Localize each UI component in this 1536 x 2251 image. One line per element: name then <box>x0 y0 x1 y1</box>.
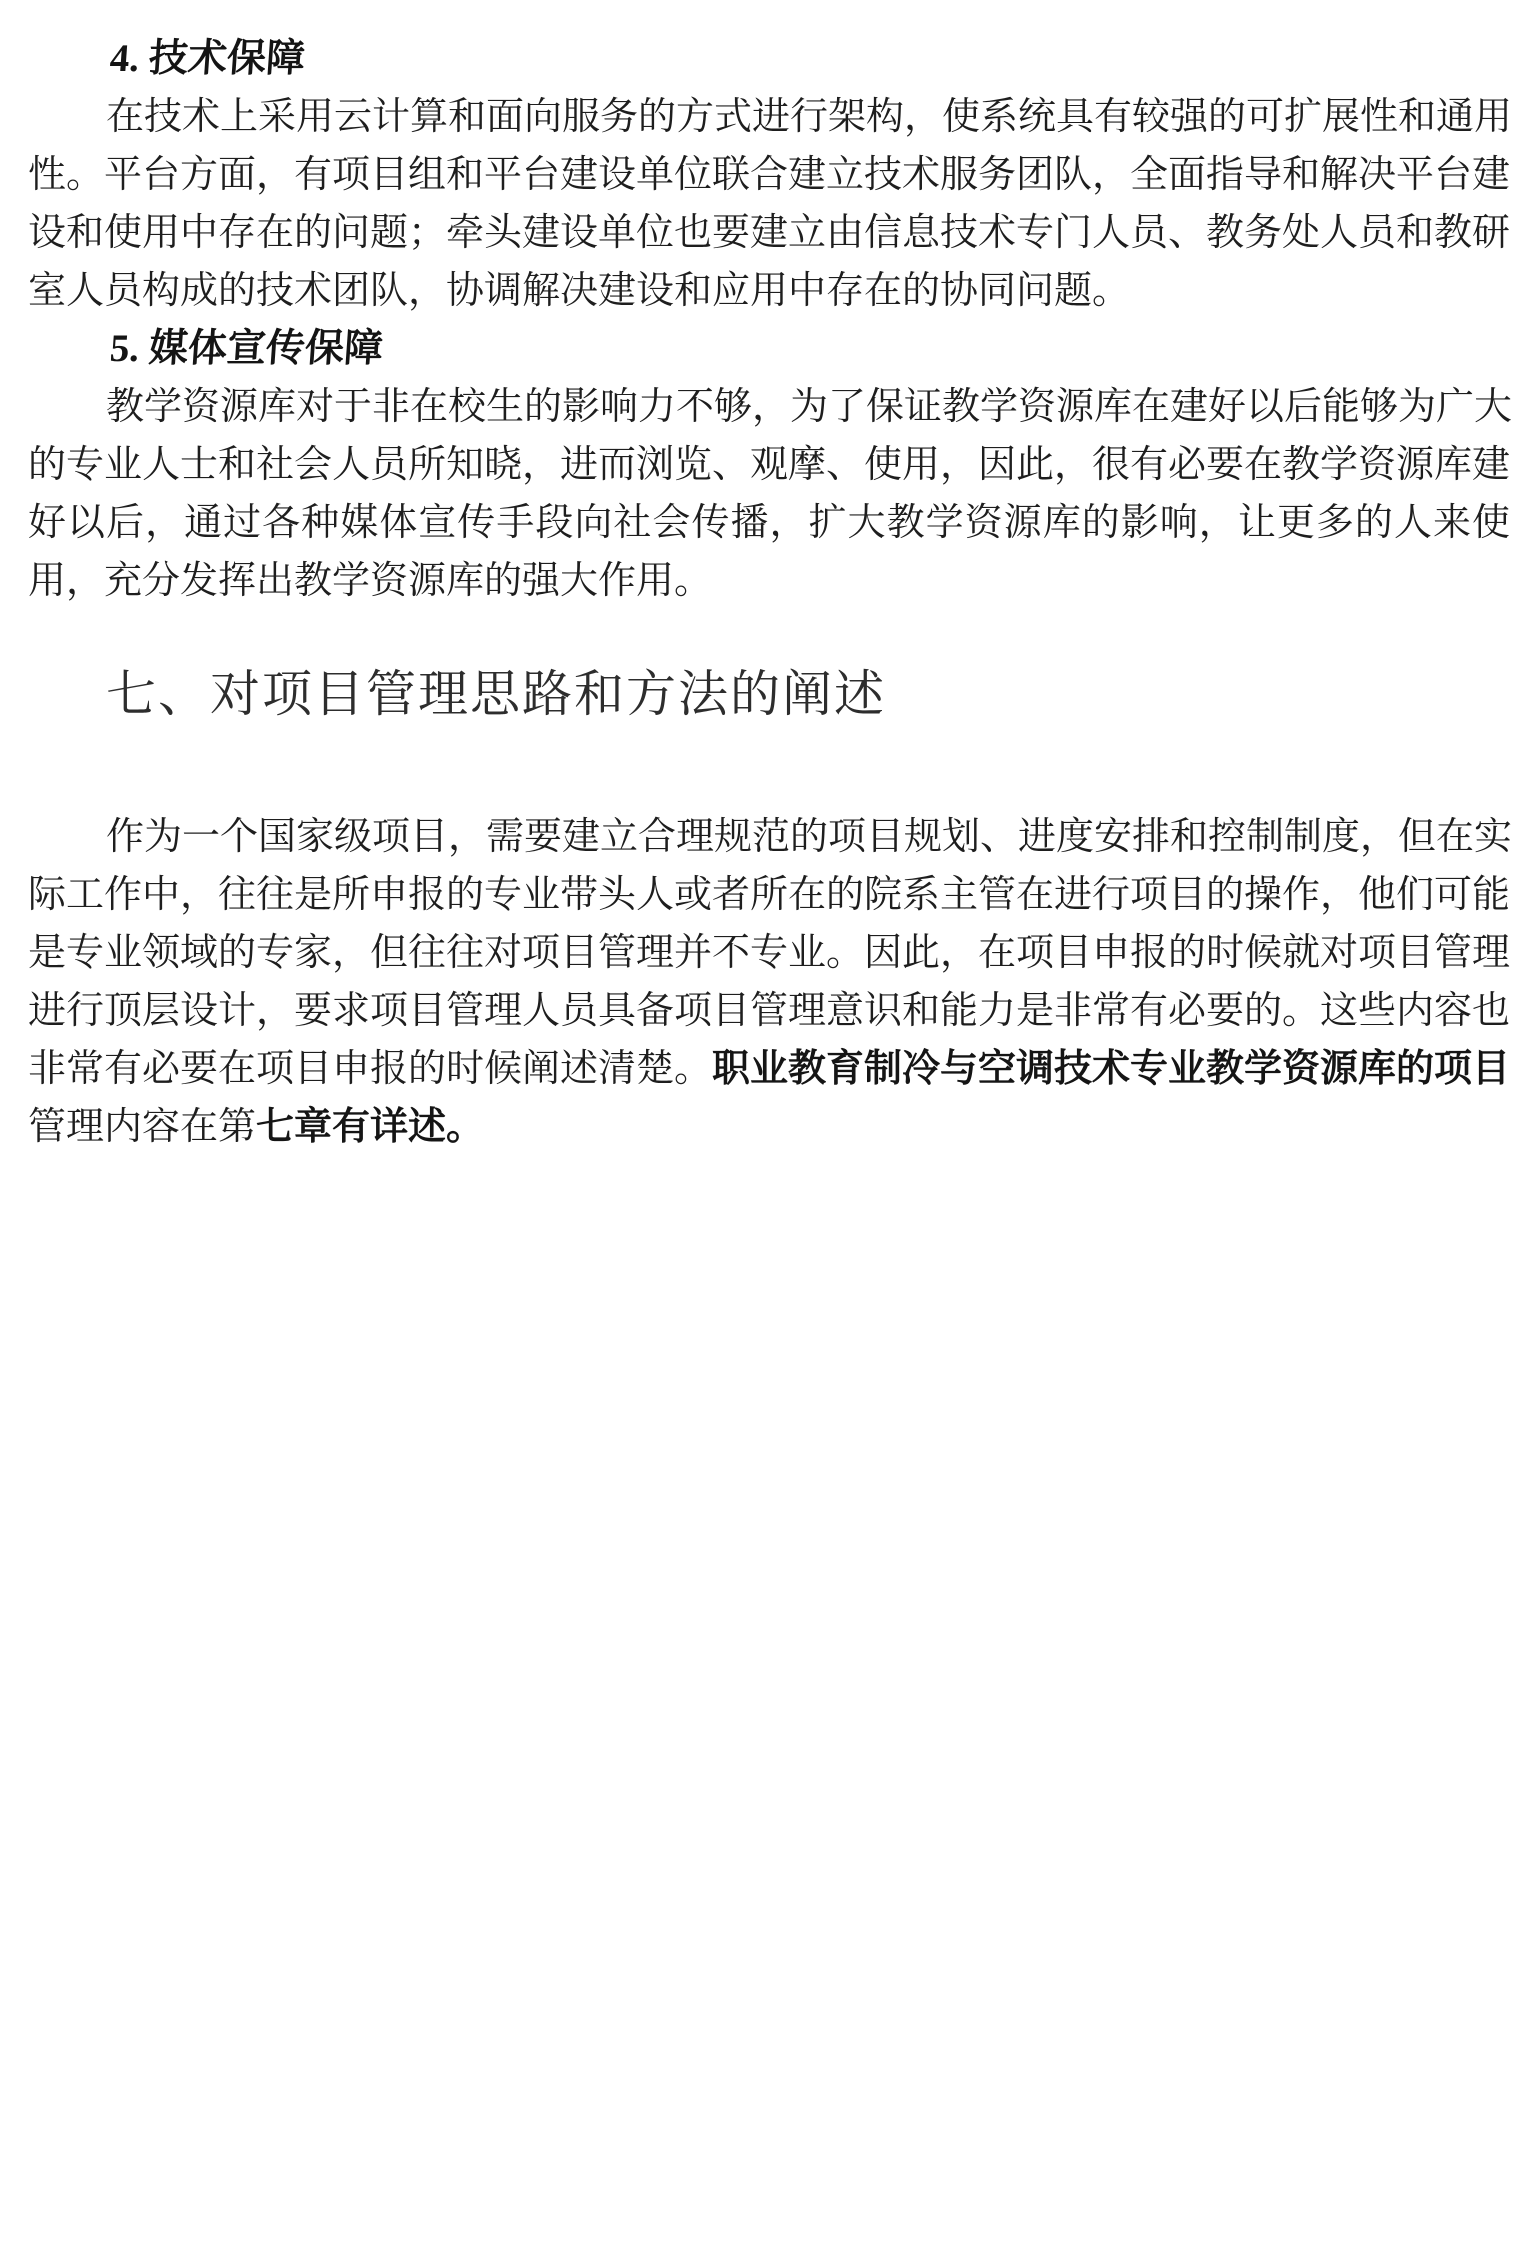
subheading-4-tech-guarantee: 4. 技术保障 <box>28 30 1510 88</box>
text-line: 设和使用中存在的问题；牵头建设单位也要建立由信息技术专门人员、教务处人员和教研 <box>28 204 1510 262</box>
section-heading-7-project-management: 七、对项目管理思路和方法的阐述 <box>28 658 1510 730</box>
text-line: 的专业人士和社会人员所知晓，进而浏览、观摩、使用，因此，很有必要在教学资源库建 <box>28 436 1510 494</box>
text-line: 际工作中，往往是所申报的专业带头人或者所在的院系主管在进行项目的操作，他们可能 <box>28 866 1510 924</box>
subheading-4-label: 4. 技术保障 <box>108 30 307 88</box>
text-line: 教学资源库对于非在校生的影响力不够，为了保证教学资源库在建好以后能够为广大 <box>28 378 1510 436</box>
document-page: 4. 技术保障 在技术上采用云计算和面向服务的方式进行架构，使系统具有较强的可扩… <box>28 30 1510 1156</box>
text-run: 的专业人士和社会人员所知晓，进而浏览、观摩、使用，因此，很有必要在教学资源库建 <box>28 444 1510 486</box>
text-run: 非常有必要在项目申报的时候阐述清楚。 <box>28 1048 712 1090</box>
text-run: 教学资源库对于非在校生的影响力不够，为了保证教学资源库在建好以后能够为广大 <box>106 386 1512 428</box>
text-run: 作为一个国家级项目，需要建立合理规范的项目规划、进度安排和控制制度，但在实 <box>106 816 1512 858</box>
subheading-5-label: 5. 媒体宣传保障 <box>108 320 385 378</box>
text-line: 非常有必要在项目申报的时候阐述清楚。职业教育制冷与空调技术专业教学资源库的项目 <box>28 1040 1510 1098</box>
text-line: 在技术上采用云计算和面向服务的方式进行架构，使系统具有较强的可扩展性和通用 <box>28 88 1510 146</box>
text-run: 进行顶层设计，要求项目管理人员具备项目管理意识和能力是非常有必要的。这些内容也 <box>28 990 1510 1032</box>
text-run: 在技术上采用云计算和面向服务的方式进行架构，使系统具有较强的可扩展性和通用 <box>106 96 1512 138</box>
paragraph-project-management: 作为一个国家级项目，需要建立合理规范的项目规划、进度安排和控制制度，但在实际工作… <box>28 808 1510 1156</box>
text-line: 性。平台方面，有项目组和平台建设单位联合建立技术服务团队，全面指导和解决平台建 <box>28 146 1510 204</box>
text-run: 室人员构成的技术团队，协调解决建设和应用中存在的协同问题。 <box>28 270 1130 312</box>
bold-text-run: 七章有详述。 <box>256 1106 484 1148</box>
text-line: 作为一个国家级项目，需要建立合理规范的项目规划、进度安排和控制制度，但在实 <box>28 808 1510 866</box>
subheading-5-media-publicity: 5. 媒体宣传保障 <box>28 320 1510 378</box>
text-line: 是专业领域的专家，但往往对项目管理并不专业。因此，在项目申报的时候就对项目管理 <box>28 924 1510 982</box>
bold-text-run: 职业教育制冷与空调技术专业教学资源库的项目 <box>712 1048 1510 1090</box>
text-run: 管理内容在第 <box>28 1106 256 1148</box>
text-run: 性。平台方面，有项目组和平台建设单位联合建立技术服务团队，全面指导和解决平台建 <box>28 154 1510 196</box>
text-line: 用，充分发挥出教学资源库的强大作用。 <box>28 552 1510 610</box>
text-line: 室人员构成的技术团队，协调解决建设和应用中存在的协同问题。 <box>28 262 1510 320</box>
text-line: 好以后，通过各种媒体宣传手段向社会传播，扩大教学资源库的影响，让更多的人来使 <box>28 494 1510 552</box>
text-run: 际工作中，往往是所申报的专业带头人或者所在的院系主管在进行项目的操作，他们可能 <box>28 874 1510 916</box>
text-run: 是专业领域的专家，但往往对项目管理并不专业。因此，在项目申报的时候就对项目管理 <box>28 932 1510 974</box>
paragraph-media-publicity: 教学资源库对于非在校生的影响力不够，为了保证教学资源库在建好以后能够为广大的专业… <box>28 378 1510 610</box>
text-run: 设和使用中存在的问题；牵头建设单位也要建立由信息技术专门人员、教务处人员和教研 <box>28 212 1510 254</box>
paragraph-tech-guarantee: 在技术上采用云计算和面向服务的方式进行架构，使系统具有较强的可扩展性和通用性。平… <box>28 88 1510 320</box>
text-line: 进行顶层设计，要求项目管理人员具备项目管理意识和能力是非常有必要的。这些内容也 <box>28 982 1510 1040</box>
text-run: 好以后，通过各种媒体宣传手段向社会传播，扩大教学资源库的影响，让更多的人来使 <box>28 502 1510 544</box>
text-run: 用，充分发挥出教学资源库的强大作用。 <box>28 560 712 602</box>
text-line: 管理内容在第七章有详述。 <box>28 1098 1510 1156</box>
